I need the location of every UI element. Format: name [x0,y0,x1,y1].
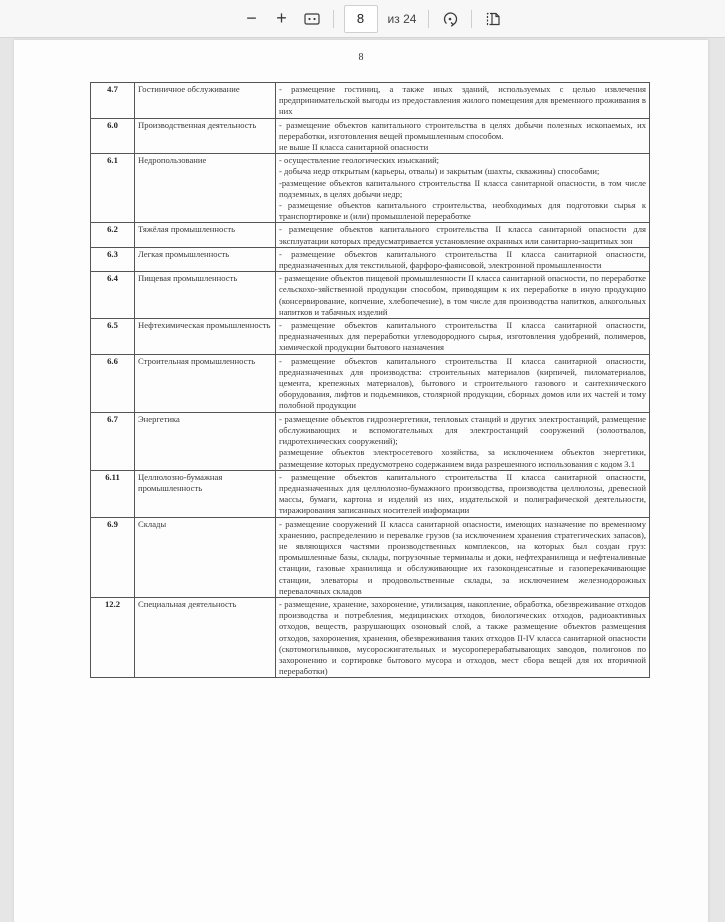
table-row: 6.9Склады- размещение сооружений II клас… [91,517,650,597]
table-row: 6.6Строительная промышленность- размещен… [91,354,650,412]
row-name: Пищевая промышленность [135,272,276,319]
table-row: 6.3Легкая промышленность- размещение объ… [91,247,650,271]
row-description: - размещение объектов капитального строи… [276,354,650,412]
row-name: Нефтехимическая промышленность [135,319,276,355]
row-name: Легкая промышленность [135,247,276,271]
two-page-view-icon [485,11,501,27]
row-name: Целлюлозно-бумажная промышленность [135,470,276,517]
table-row: 6.5Нефтехимическая промышленность- разме… [91,319,650,355]
row-code: 6.9 [91,517,135,597]
row-description: - размещение, хранение, захоронение, ути… [276,597,650,677]
page-view-button[interactable] [478,5,508,33]
description-line: - размещение сооружений II класса санита… [279,519,646,597]
row-code: 6.11 [91,470,135,517]
row-description: - размещение объектов капитального строи… [276,470,650,517]
row-description: - размещение объектов капитального строи… [276,118,650,154]
plus-icon: + [276,8,287,29]
page-number-label: 8 [14,52,708,63]
row-description: - размещение объектов капитального строи… [276,319,650,355]
page-total-label: из 24 [388,12,417,26]
row-name: Недропользование [135,154,276,223]
fit-width-icon [304,12,320,26]
table-row: 4.7Гостиничное обслуживание- размещение … [91,83,650,119]
row-code: 6.6 [91,354,135,412]
description-line: - размещение объектов капитального строи… [279,224,646,246]
fit-width-button[interactable] [297,5,327,33]
row-name: Производственная деятельность [135,118,276,154]
row-code: 6.4 [91,272,135,319]
description-line: размещение объектов электросетевого хозя… [279,447,646,469]
table-row: 6.2Тяжёлая промышленность- размещение об… [91,223,650,247]
toolbar-divider [471,10,472,28]
row-description: - размещение объектов капитального строи… [276,247,650,271]
row-code: 6.2 [91,223,135,247]
pdf-toolbar: − + из 24 [0,0,725,38]
row-name: Тяжёлая промышленность [135,223,276,247]
row-code: 12.2 [91,597,135,677]
toolbar-divider [333,10,334,28]
toolbar-divider [428,10,429,28]
description-line: не выше II класса санитарной опасности [279,142,646,153]
table-row: 6.4Пищевая промышленность- размещение об… [91,272,650,319]
table-row: 6.1Недропользование- осуществление геоло… [91,154,650,223]
row-description: - размещение объектов капитального строи… [276,223,650,247]
description-line: - размещение, хранение, захоронение, ути… [279,599,646,677]
minus-icon: − [246,8,257,29]
row-name: Гостиничное обслуживание [135,83,276,119]
table-row: 12.2Специальная деятельность- размещение… [91,597,650,677]
land-use-table: 4.7Гостиничное обслуживание- размещение … [90,82,650,678]
row-description: - размещение объектов гидроэнергетики, т… [276,412,650,470]
row-code: 6.0 [91,118,135,154]
row-code: 6.7 [91,412,135,470]
description-line: - размещение объектов пищевой промышленн… [279,273,646,318]
description-line: - размещение гостиниц, а также иных здан… [279,84,646,118]
description-line: - размещение объектов капитального строи… [279,320,646,354]
page-number-input[interactable] [344,5,378,33]
row-code: 6.5 [91,319,135,355]
zoom-out-button[interactable]: − [237,5,267,33]
row-name: Энергетика [135,412,276,470]
description-line: - размещение объектов капитального строи… [279,472,646,517]
document-page: 8 4.7Гостиничное обслуживание- размещени… [14,40,708,922]
description-line: - размещение объектов капитального строи… [279,249,646,271]
rotate-icon [442,11,458,27]
description-line: - осуществление геологических изысканий; [279,155,646,166]
row-code: 6.3 [91,247,135,271]
description-line: - добыча недр открытым (карьеры, отвалы)… [279,166,646,177]
zoom-in-button[interactable]: + [267,5,297,33]
table-row: 6.11Целлюлозно-бумажная промышленность- … [91,470,650,517]
description-line: - размещение объектов капитального строи… [279,120,646,142]
row-description: - осуществление геологических изысканий;… [276,154,650,223]
row-name: Специальная деятельность [135,597,276,677]
rotate-button[interactable] [435,5,465,33]
row-code: 6.1 [91,154,135,223]
description-line: - размещение объектов гидроэнергетики, т… [279,414,646,448]
row-name: Склады [135,517,276,597]
description-line: - размещение объектов капитального строи… [279,200,646,222]
row-description: - размещение объектов пищевой промышленн… [276,272,650,319]
table-row: 6.7Энергетика- размещение объектов гидро… [91,412,650,470]
description-line: - размещение объектов капитального строи… [279,356,646,412]
row-code: 4.7 [91,83,135,119]
row-description: - размещение сооружений II класса санита… [276,517,650,597]
row-description: - размещение гостиниц, а также иных здан… [276,83,650,119]
table-row: 6.0Производственная деятельность- размещ… [91,118,650,154]
row-name: Строительная промышленность [135,354,276,412]
description-line: -размещение объектов капитального строит… [279,178,646,200]
